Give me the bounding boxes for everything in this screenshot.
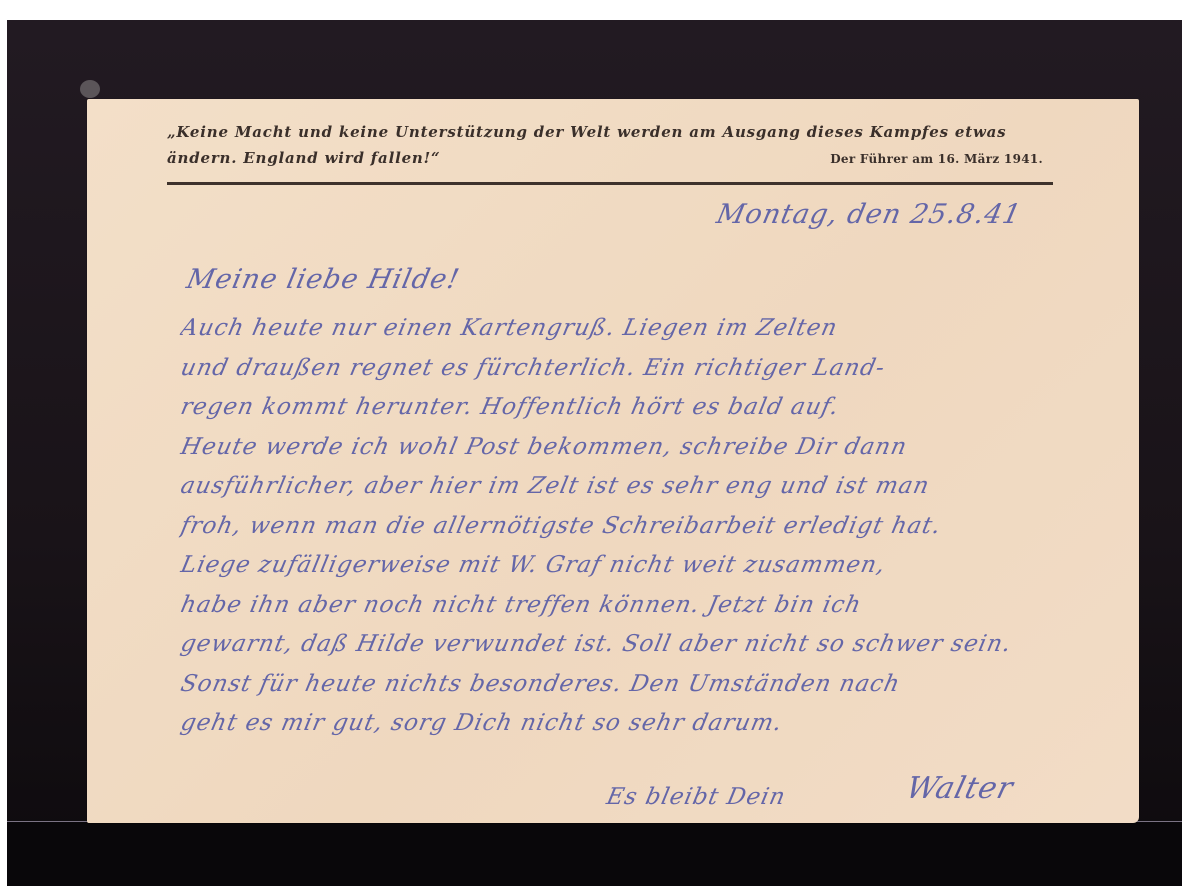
letter-line: Auch heute nur einen Kartengruß. Liegen … (177, 309, 1135, 349)
handwritten-body: Auch heute nur einen Kartengruß. Liegen … (181, 309, 1131, 744)
handwritten-closing: Es bleibt Dein (604, 784, 788, 810)
propaganda-quote-line1: „Keine Macht und keine Unterstützung der… (167, 123, 1051, 141)
letter-line: habe ihn aber noch nicht treffen können.… (177, 586, 1135, 626)
printed-header: „Keine Macht und keine Unterstützung der… (167, 123, 1051, 167)
letter-line: und draußen regnet es fürchterlich. Ein … (177, 349, 1135, 389)
dust-speck (80, 80, 100, 98)
quote-second-row: ändern. England wird fallen!“ Der Führer… (167, 149, 1051, 167)
letter-line: froh, wenn man die allernötigste Schreib… (177, 507, 1135, 547)
handwritten-date: Montag, den 25.8.41 (714, 199, 1025, 230)
postcard: „Keine Macht und keine Unterstützung der… (87, 99, 1139, 823)
header-divider (167, 182, 1053, 185)
letter-line: Sonst für heute nichts besonderes. Den U… (177, 665, 1135, 705)
letter-line: gewarnt, daß Hilde verwundet ist. Soll a… (177, 625, 1135, 665)
letter-line: ausführlicher, aber hier im Zelt ist es … (177, 467, 1135, 507)
letter-line: Heute werde ich wohl Post bekommen, schr… (177, 428, 1135, 468)
handwritten-signature: Walter (903, 771, 1018, 806)
scan-bottom-band (7, 822, 1182, 886)
letter-line: Liege zufälligerweise mit W. Graf nicht … (177, 546, 1135, 586)
propaganda-quote-line2: ändern. England wird fallen!“ (167, 149, 440, 167)
quote-attribution: Der Führer am 16. März 1941. (830, 152, 1043, 166)
letter-line: geht es mir gut, sorg Dich nicht so sehr… (177, 704, 1135, 744)
handwritten-greeting: Meine liebe Hilde! (184, 264, 463, 295)
letter-line: regen kommt herunter. Hoffentlich hört e… (177, 388, 1135, 428)
